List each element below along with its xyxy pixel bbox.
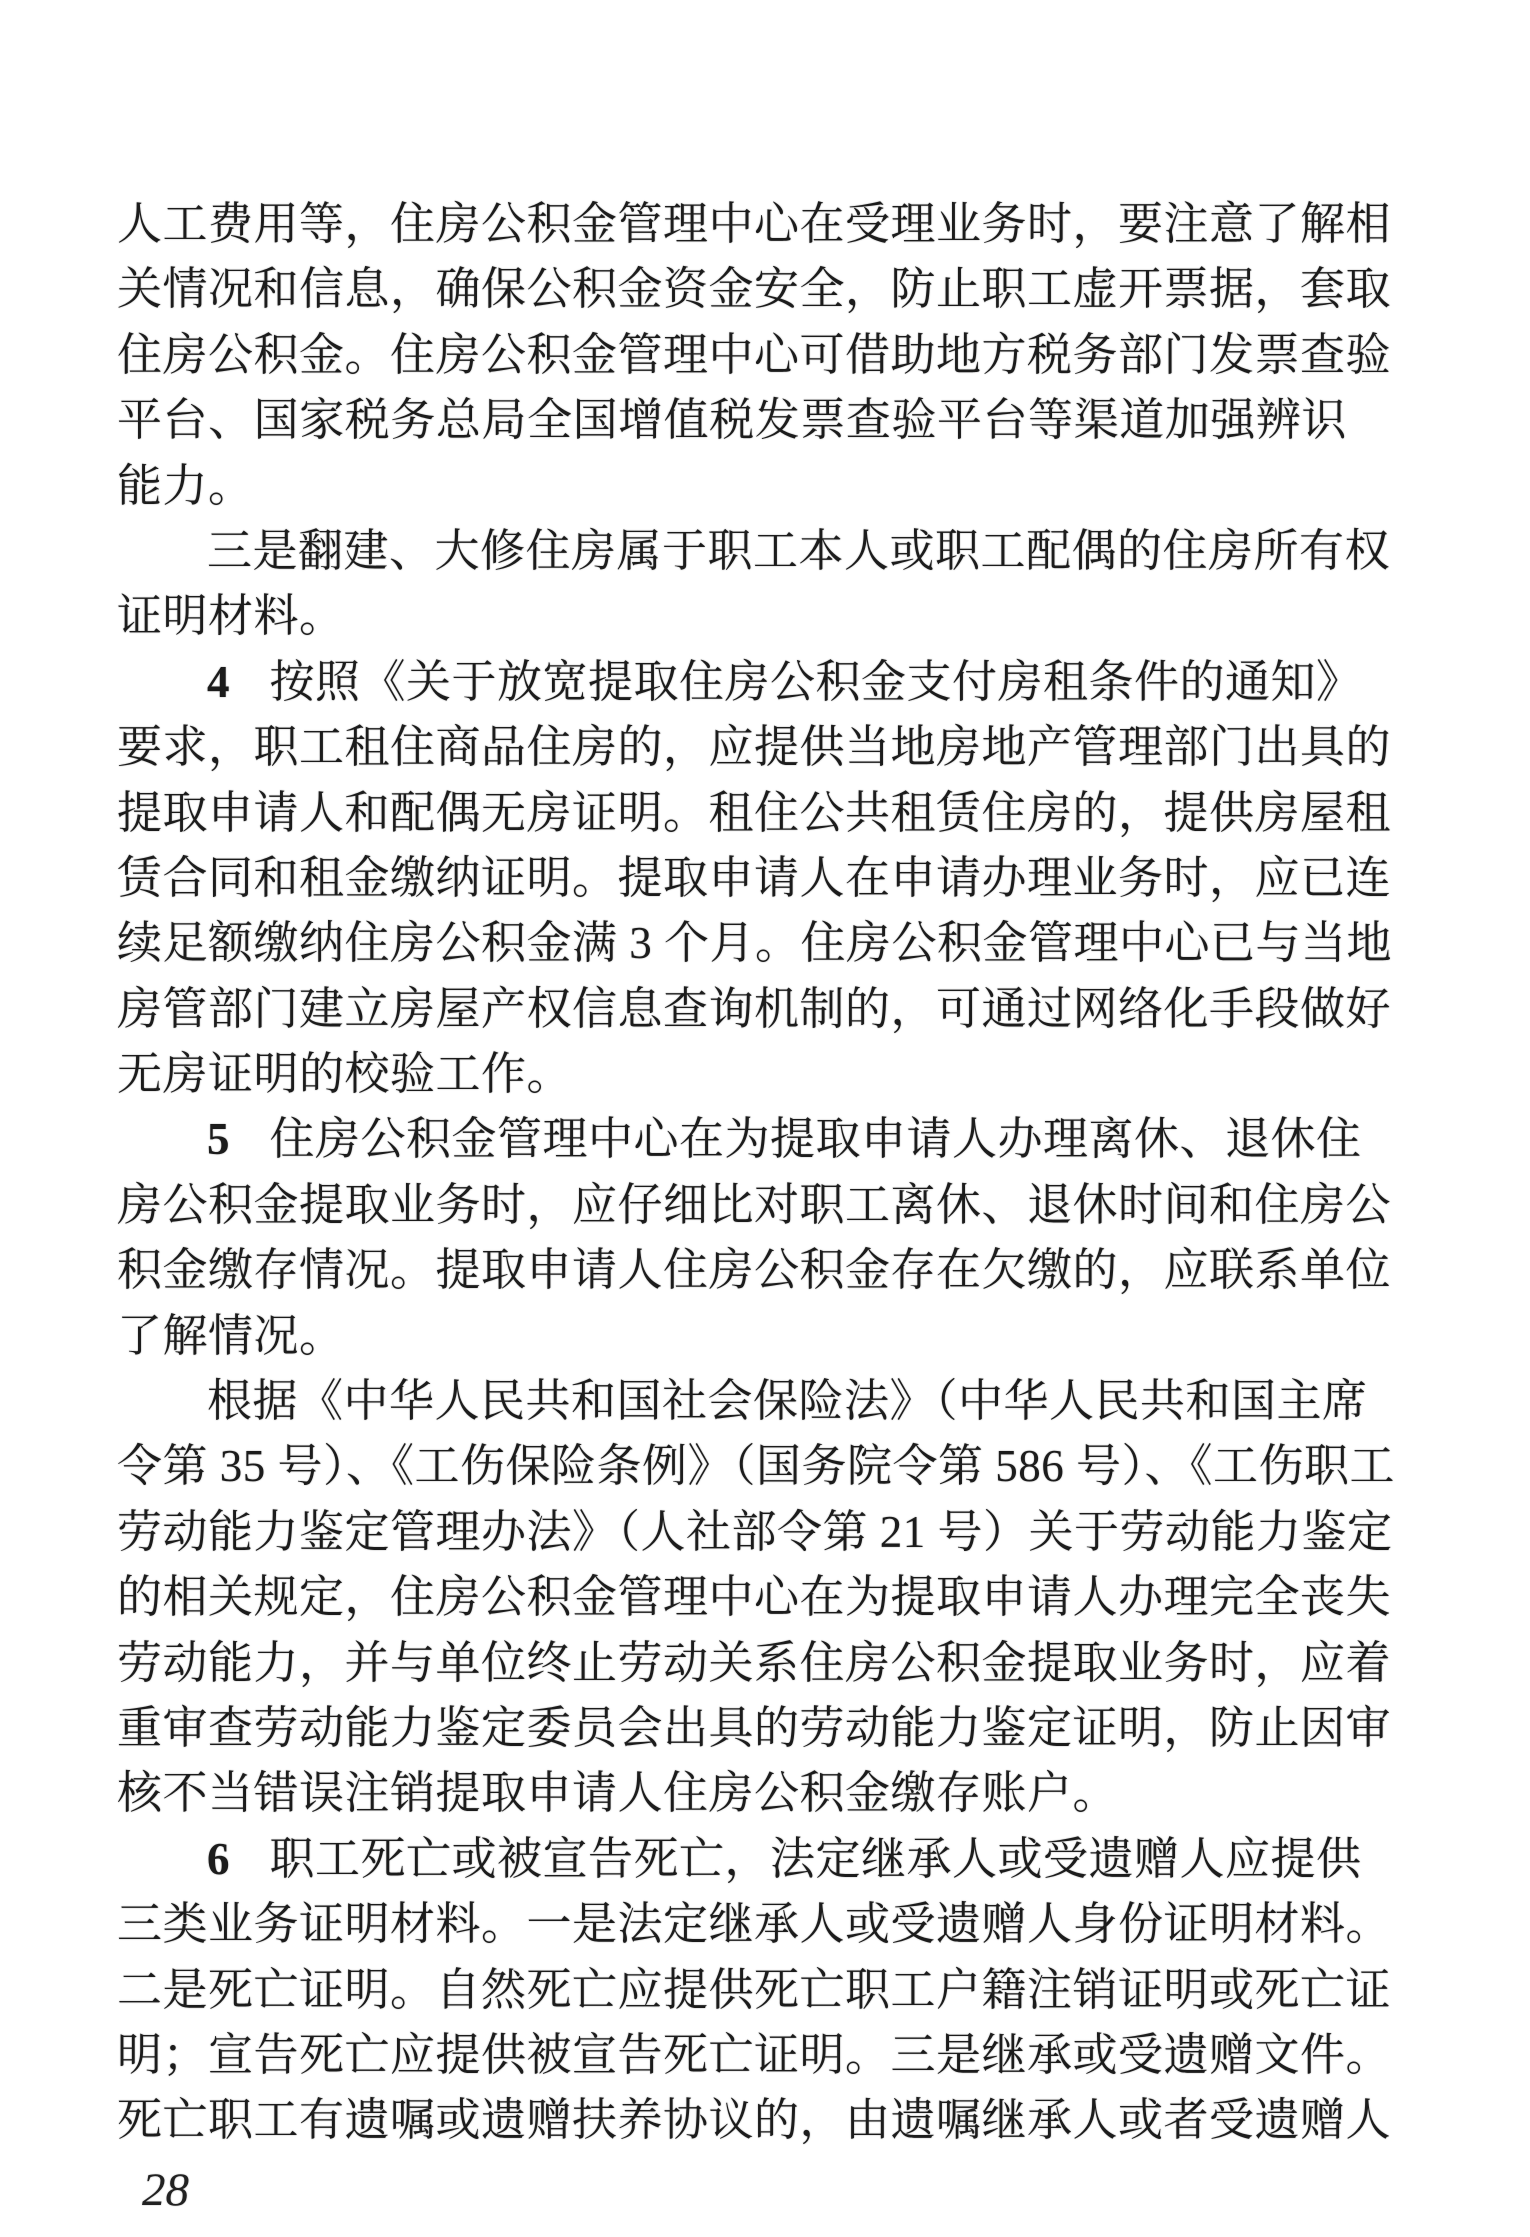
text-line: 了解情况。 (117, 1304, 1347, 1369)
line-text: 积金缴存情况。提取申请人住房公积金存在欠缴的，应联系单位 (117, 1245, 1391, 1295)
text-line: 住房公积金。住房公积金管理中心可借助地方税务部门发票查验 (117, 323, 1347, 388)
text-line: 重审查劳动能力鉴定委员会出具的劳动能力鉴定证明，防止因审 (117, 1696, 1347, 1761)
text-line: 积金缴存情况。提取申请人住房公积金存在欠缴的，应联系单位 (117, 1238, 1347, 1303)
line-text: 重审查劳动能力鉴定委员会出具的劳动能力鉴定证明，防止因审 (117, 1703, 1391, 1753)
text-line: 6职工死亡或被宣告死亡，法定继承人或受遗赠人应提供 (117, 1827, 1347, 1892)
line-text: 房管部门建立房屋产权信息查询机制的，可通过网络化手段做好 (117, 984, 1391, 1034)
line-text: 劳动能力，并与单位终止劳动关系住房公积金提取业务时，应着 (117, 1638, 1391, 1688)
line-text: 提取申请人和配偶无房证明。租住公共租赁住房的，提供房屋租 (117, 788, 1391, 838)
text-line: 提取申请人和配偶无房证明。租住公共租赁住房的，提供房屋租 (117, 781, 1347, 846)
text-line: 房公积金提取业务时，应仔细比对职工离休、退休时间和住房公 (117, 1173, 1347, 1238)
line-text: 三是翻建、大修住房属于职工本人或职工配偶的住房所有权 (207, 526, 1390, 576)
line-text: 证明材料。 (117, 591, 345, 641)
line-text: 根据《中华人民共和国社会保险法》（中华人民共和国主席 (207, 1376, 1368, 1426)
text-line: 关情况和信息，确保公积金资金安全，防止职工虚开票据，套取 (117, 257, 1347, 322)
text-line: 证明材料。 (117, 584, 1347, 649)
item-number: 6 (207, 1834, 230, 1884)
line-text: 无房证明的校验工作。 (117, 1049, 572, 1099)
line-text: 令第 35 号）、《工伤保险条例》（国务院令第 586 号）、《工伤职工 (117, 1441, 1395, 1491)
text-line: 死亡职工有遗嘱或遗赠扶养协议的，由遗嘱继承人或者受遗赠人 (117, 2088, 1347, 2153)
line-text: 续足额缴纳住房公积金满 3 个月。住房公积金管理中心已与当地 (117, 918, 1392, 968)
text-line: 赁合同和租金缴纳证明。提取申请人在申请办理业务时，应已连 (117, 846, 1347, 911)
line-text: 关情况和信息，确保公积金资金安全，防止职工虚开票据，套取 (117, 264, 1391, 314)
line-text: 二是死亡证明。自然死亡应提供死亡职工户籍注销证明或死亡证 (117, 1965, 1391, 2015)
scanned-book-page: 人工费用等，住房公积金管理中心在受理业务时，要注意了解相 关情况和信息，确保公积… (0, 0, 1530, 2237)
text-line: 劳动能力鉴定管理办法》（人社部令第 21 号）关于劳动能力鉴定 (117, 1500, 1347, 1565)
text-line: 能力。 (117, 454, 1347, 519)
text-line: 平台、国家税务总局全国增值税发票查验平台等渠道加强辨识 (117, 388, 1347, 453)
text-line: 劳动能力，并与单位终止劳动关系住房公积金提取业务时，应着 (117, 1631, 1347, 1696)
text-line: 二是死亡证明。自然死亡应提供死亡职工户籍注销证明或死亡证 (117, 1958, 1347, 2023)
text-line: 房管部门建立房屋产权信息查询机制的，可通过网络化手段做好 (117, 977, 1347, 1042)
line-text: 三类业务证明材料。一是法定继承人或受遗赠人身份证明材料。 (117, 1899, 1391, 1949)
item-number: 5 (207, 1114, 230, 1164)
line-text: 住房公积金。住房公积金管理中心可借助地方税务部门发票查验 (117, 330, 1391, 380)
line-text: 住房公积金管理中心在为提取申请人办理离休、退休住 (270, 1114, 1362, 1164)
text-line: 明；宣告死亡应提供被宣告死亡证明。三是继承或受遗赠文件。 (117, 2023, 1347, 2088)
text-line: 核不当错误注销提取申请人住房公积金缴存账户。 (117, 1761, 1347, 1826)
text-line: 三是翻建、大修住房属于职工本人或职工配偶的住房所有权 (117, 519, 1347, 584)
line-text: 明；宣告死亡应提供被宣告死亡证明。三是继承或受遗赠文件。 (117, 2030, 1391, 2080)
line-text: 死亡职工有遗嘱或遗赠扶养协议的，由遗嘱继承人或者受遗赠人 (117, 2095, 1391, 2145)
line-text: 赁合同和租金缴纳证明。提取申请人在申请办理业务时，应已连 (117, 853, 1391, 903)
line-text: 要求，职工租住商品住房的，应提供当地房地产管理部门出具的 (117, 722, 1391, 772)
line-text: 人工费用等，住房公积金管理中心在受理业务时，要注意了解相 (117, 199, 1391, 249)
text-line: 三类业务证明材料。一是法定继承人或受遗赠人身份证明材料。 (117, 1892, 1347, 1957)
line-text: 按照《关于放宽提取住房公积金支付房租条件的通知》 (270, 657, 1362, 707)
line-text: 了解情况。 (117, 1311, 345, 1361)
text-line: 无房证明的校验工作。 (117, 1042, 1347, 1107)
text-line: 根据《中华人民共和国社会保险法》（中华人民共和国主席 (117, 1369, 1347, 1434)
line-text: 劳动能力鉴定管理办法》（人社部令第 21 号）关于劳动能力鉴定 (117, 1507, 1393, 1557)
item-number: 4 (207, 657, 230, 707)
text-line: 要求，职工租住商品住房的，应提供当地房地产管理部门出具的 (117, 715, 1347, 780)
text-line: 续足额缴纳住房公积金满 3 个月。住房公积金管理中心已与当地 (117, 911, 1347, 976)
line-text: 能力。 (117, 461, 254, 511)
page-number: 28 (142, 2162, 189, 2218)
line-text: 的相关规定，住房公积金管理中心在为提取申请人办理完全丧失 (117, 1572, 1391, 1622)
text-line: 4按照《关于放宽提取住房公积金支付房租条件的通知》 (117, 650, 1347, 715)
page-body: 人工费用等，住房公积金管理中心在受理业务时，要注意了解相 关情况和信息，确保公积… (117, 192, 1347, 2154)
line-text: 平台、国家税务总局全国增值税发票查验平台等渠道加强辨识 (117, 395, 1347, 445)
text-line: 的相关规定，住房公积金管理中心在为提取申请人办理完全丧失 (117, 1565, 1347, 1630)
line-text: 核不当错误注销提取申请人住房公积金缴存账户。 (117, 1768, 1118, 1818)
line-text: 职工死亡或被宣告死亡，法定继承人或受遗赠人应提供 (270, 1834, 1362, 1884)
text-line: 5住房公积金管理中心在为提取申请人办理离休、退休住 (117, 1107, 1347, 1172)
line-text: 房公积金提取业务时，应仔细比对职工离休、退休时间和住房公 (117, 1180, 1391, 1230)
text-line: 人工费用等，住房公积金管理中心在受理业务时，要注意了解相 (117, 192, 1347, 257)
text-line: 令第 35 号）、《工伤保险条例》（国务院令第 586 号）、《工伤职工 (117, 1434, 1347, 1499)
